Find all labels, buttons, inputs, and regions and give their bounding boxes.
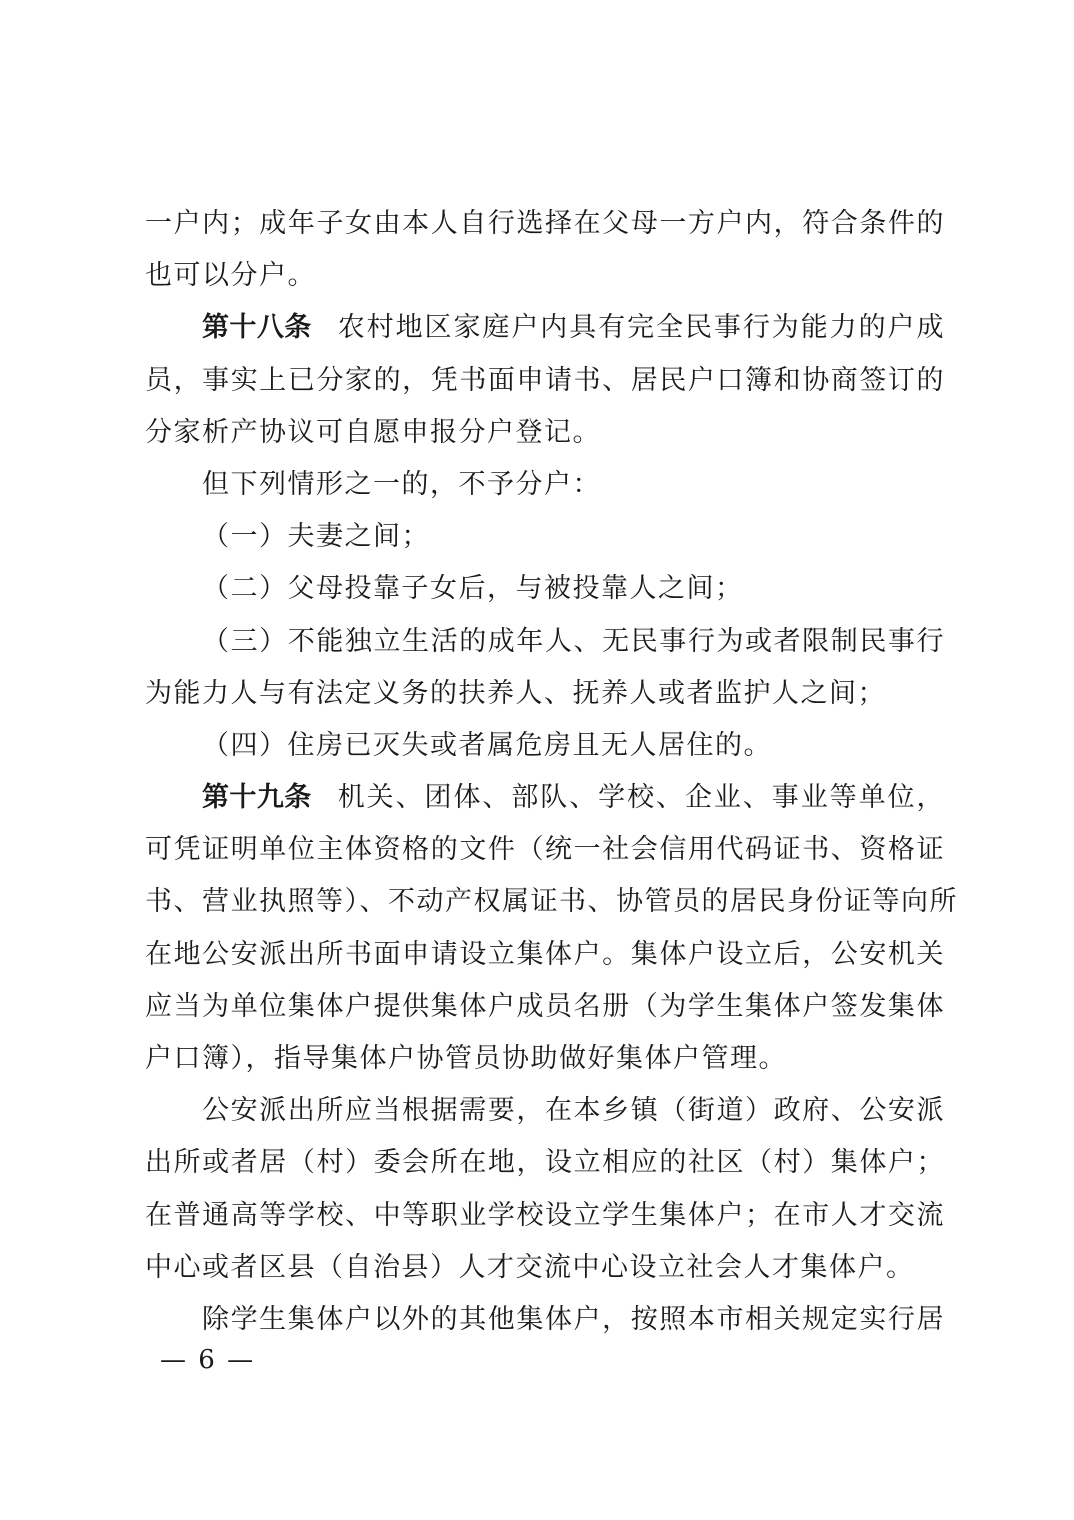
text-line: 一户内；成年子女由本人自行选择在父母一方户内，符合条件的	[145, 198, 945, 250]
text-line: 也可以分户。	[145, 250, 945, 302]
article-19-first-line: 第十九条机关、团体、部队、学校、企业、事业等单位，	[145, 772, 945, 824]
text-line: 应当为单位集体户提供集体户成员名册（为学生集体户签发集体	[145, 981, 945, 1033]
text-line: 书、营业执照等）、不动产权属证书、协管员的居民身份证等向所	[145, 876, 945, 928]
text-line: 在地公安派出所书面申请设立集体户。集体户设立后，公安机关	[145, 929, 945, 981]
text-span: 农村地区家庭户内具有完全民事行为能力的户成	[338, 312, 945, 343]
article-label: 第十八条	[202, 312, 312, 343]
text-line: 在普通高等学校、中等职业学校设立学生集体户；在市人才交流	[145, 1190, 945, 1242]
text-line: 公安派出所应当根据需要，在本乡镇（街道）政府、公安派	[145, 1085, 945, 1137]
text-line: 中心或者区县（自治县）人才交流中心设立社会人才集体户。	[145, 1242, 945, 1294]
text-line: 为能力人与有法定义务的扶养人、抚养人或者监护人之间；	[145, 668, 945, 720]
text-line: 可凭证明单位主体资格的文件（统一社会信用代码证书、资格证	[145, 824, 945, 876]
text-line: 员，事实上已分家的，凭书面申请书、居民户口簿和协商签订的	[145, 355, 945, 407]
text-line: 出所或者居（村）委会所在地，设立相应的社区（村）集体户；	[145, 1137, 945, 1189]
text-line: 户口簿），指导集体户协管员协助做好集体户管理。	[145, 1033, 945, 1085]
text-line: 分家析产协议可自愿申报分户登记。	[145, 407, 945, 459]
text-span: 机关、团体、部队、学校、企业、事业等单位，	[338, 782, 945, 813]
article-18-first-line: 第十八条农村地区家庭户内具有完全民事行为能力的户成	[145, 302, 945, 354]
article-label: 第十九条	[202, 782, 312, 813]
list-item: （一）夫妻之间；	[145, 511, 945, 563]
list-item: （四）住房已灭失或者属危房且无人居住的。	[145, 720, 945, 772]
text-line: 但下列情形之一的，不予分户：	[145, 459, 945, 511]
page-number: — 6 —	[160, 1345, 255, 1375]
list-item: （二）父母投靠子女后，与被投靠人之间；	[145, 563, 945, 615]
list-item: （三）不能独立生活的成年人、无民事行为或者限制民事行	[145, 616, 945, 668]
document-page: 一户内；成年子女由本人自行选择在父母一方户内，符合条件的 也可以分户。 第十八条…	[0, 0, 1074, 1520]
text-line: 除学生集体户以外的其他集体户，按照本市相关规定实行居	[145, 1294, 945, 1346]
body-text: 一户内；成年子女由本人自行选择在父母一方户内，符合条件的 也可以分户。 第十八条…	[145, 198, 945, 1346]
